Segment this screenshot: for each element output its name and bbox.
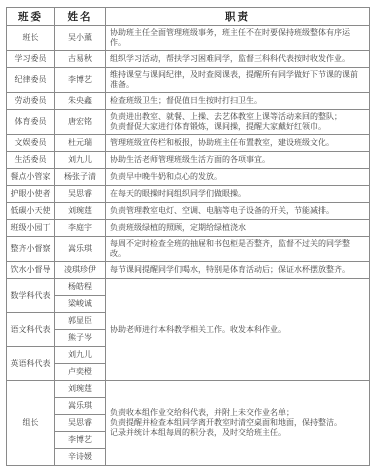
role-cell: 文娱委员 [7, 135, 55, 152]
role-cell: 体育委员 [7, 110, 55, 135]
table-row: 纪律委员李博艺维持课堂与课间纪律，及时查阅课表，提醒所有同学做好下节课的课前准备… [7, 68, 370, 93]
name-cell: 刘琬莛 [55, 203, 106, 220]
table-row: 学习委员古易秋组织学习活动，帮扶学习困难同学，监督三科科代表按时收发作业。 [7, 51, 370, 68]
name-cell: 卢奕橙 [55, 364, 106, 381]
duty-line: 负责管理教室电灯、空调、电脑等电子设备的开关，节能减排。 [110, 206, 365, 216]
role-cell: 语文科代表 [7, 313, 55, 347]
name-cell: 李庭宇 [55, 220, 106, 237]
duty-cell: 负责管理教室电灯、空调、电脑等电子设备的开关，节能减排。 [106, 203, 370, 220]
name-cell: 杜元瑞 [55, 135, 106, 152]
name-cell: 朱央鑫 [55, 93, 106, 110]
role-cell: 数学科代表 [7, 279, 55, 313]
header-cell-role: 班委 [7, 8, 55, 26]
table-row: 饮水小督导凌琪珍伊每节课间提醒同学们喝水，特别是体育活动后；保证水杯摆放整齐。 [7, 262, 370, 279]
role-cell: 饮水小督导 [7, 262, 55, 279]
name-cell: 刘九儿 [55, 152, 106, 169]
name-cell: 古易秋 [55, 51, 106, 68]
name-cell: 凌琪珍伊 [55, 262, 106, 279]
duty-line: 组织学习活动，帮扶学习困难同学，监督三科科代表按时收发作业。 [110, 54, 365, 64]
table-row: 组长刘琬莛负责收本组作业交给科代表，并附上未交作业名单；负责提醒并检查本组同学离… [7, 381, 370, 398]
document-page: 班委 姓名 职责 班长吴小薰协助班主任全面管理班级事务，班主任不在时要保持班级整… [0, 0, 375, 467]
table-row: 班长吴小薰协助班主任全面管理班级事务，班主任不在时要保持班级整体有序运作。 [7, 26, 370, 51]
role-cell: 班级小园丁 [7, 220, 55, 237]
table-row: 餐点小管家杨张子清负责早中晚牛奶和点心的发放。 [7, 169, 370, 186]
duty-cell: 在每天的眼操时间组织同学们做眼操。 [106, 186, 370, 203]
duty-line: 协助老师进行本科教学相关工作。收发本科作业。 [110, 325, 365, 335]
role-cell: 劳动委员 [7, 93, 55, 110]
table-row: 体育委员唐宏铭负责进出教室、就餐、上操、去艺体教室上课等活动来回的整队；负责督促… [7, 110, 370, 135]
duty-table-body: 班长吴小薰协助班主任全面管理班级事务，班主任不在时要保持班级整体有序运作。学习委… [7, 26, 370, 466]
name-cell: 吴小薰 [55, 26, 106, 51]
role-cell: 生活委员 [7, 152, 55, 169]
table-row: 劳动委员朱央鑫检查班级卫生；督促值日生按时打扫卫生。 [7, 93, 370, 110]
name-cell: 吴思睿 [55, 415, 106, 432]
name-cell: 嵩乐琪 [55, 237, 106, 262]
role-cell: 纪律委员 [7, 68, 55, 93]
duty-line: 负责进出教室、就餐、上操、去艺体教室上课等活动来回的整队； [110, 112, 365, 122]
header-row: 班委 姓名 职责 [7, 8, 370, 26]
duty-cell: 负责班级绿植的照顾，定期给绿植浇水 [106, 220, 370, 237]
name-cell: 嵩乐琪 [55, 398, 106, 415]
duty-cell: 负责进出教室、就餐、上操、去艺体教室上课等活动来回的整队；负责督促大家进行体育锻… [106, 110, 370, 135]
duty-cell: 协助班主任全面管理班级事务，班主任不在时要保持班级整体有序运作。 [106, 26, 370, 51]
name-cell: 辛诗媛 [55, 449, 106, 466]
duty-cell: 每周不定时检查全班的抽屉和书包柜是否整齐，监督不过关的同学整改。 [106, 237, 370, 262]
duty-line: 协助生活老师管理班级生活方面的各项事宜。 [110, 155, 365, 165]
name-cell: 熊子岑 [55, 330, 106, 347]
duty-cell: 负责收本组作业交给科代表，并附上未交作业名单；负责提醒并检查本组同学离开教室时清… [106, 381, 370, 466]
table-row: 整齐小督察嵩乐琪每周不定时检查全班的抽屉和书包柜是否整齐，监督不过关的同学整改。 [7, 237, 370, 262]
duty-line: 每周不定时检查全班的抽屉和书包柜是否整齐，监督不过关的同学整改。 [110, 239, 365, 259]
duty-line: 协助班主任全面管理班级事务，班主任不在时要保持班级整体有序运作。 [110, 28, 365, 48]
duty-table-header: 班委 姓名 职责 [7, 8, 370, 26]
header-cell-name: 姓名 [55, 8, 106, 26]
duty-line: 记录并统计本组每周的积分表，及时交给班主任。 [110, 428, 365, 438]
duty-line: 负责收本组作业交给科代表，并附上未交作业名单； [110, 408, 365, 418]
role-cell: 护眼小使者 [7, 186, 55, 203]
name-cell: 刘琬莛 [55, 381, 106, 398]
table-row: 数学科代表杨皓程协助老师进行本科教学相关工作。收发本科作业。 [7, 279, 370, 296]
duty-line: 负责班级绿植的照顾，定期给绿植浇水 [110, 223, 365, 233]
duty-cell: 组织学习活动，帮扶学习困难同学，监督三科科代表按时收发作业。 [106, 51, 370, 68]
duty-cell: 负责早中晚牛奶和点心的发放。 [106, 169, 370, 186]
header-cell-duty: 职责 [106, 8, 370, 26]
name-cell: 郭显臣 [55, 313, 106, 330]
duty-line: 负责早中晚牛奶和点心的发放。 [110, 172, 365, 182]
table-row: 护眼小使者吴思睿在每天的眼操时间组织同学们做眼操。 [7, 186, 370, 203]
duty-line: 负责提醒并检查本组同学离开教室时清空桌面和地面，保持整洁。 [110, 418, 365, 428]
name-cell: 梁峻诚 [55, 296, 106, 313]
table-row: 文娱委员杜元瑞管理班级宣传栏和板报，协助班主任布置教室，建设班级文化。 [7, 135, 370, 152]
duty-cell: 协助老师进行本科教学相关工作。收发本科作业。 [106, 279, 370, 381]
duty-line: 检查班级卫生；督促值日生按时打扫卫生。 [110, 96, 365, 106]
role-cell: 班长 [7, 26, 55, 51]
role-cell: 组长 [7, 381, 55, 466]
duty-line: 负责督促大家进行体育锻炼，课间操，提醒大家戴好红领巾。 [110, 122, 365, 132]
name-cell: 刘九儿 [55, 347, 106, 364]
role-cell: 低碳小天使 [7, 203, 55, 220]
duty-line: 每节课间提醒同学们喝水，特别是体育活动后；保证水杯摆放整齐。 [110, 265, 365, 275]
table-row: 班级小园丁李庭宇负责班级绿植的照顾，定期给绿植浇水 [7, 220, 370, 237]
duty-cell: 维持课堂与课间纪律，及时查阅课表，提醒所有同学做好下节课的课前准备。 [106, 68, 370, 93]
role-cell: 英语科代表 [7, 347, 55, 381]
name-cell: 杨皓程 [55, 279, 106, 296]
name-cell: 李博艺 [55, 432, 106, 449]
role-cell: 餐点小管家 [7, 169, 55, 186]
role-cell: 学习委员 [7, 51, 55, 68]
duty-line: 在每天的眼操时间组织同学们做眼操。 [110, 189, 365, 199]
name-cell: 吴思睿 [55, 186, 106, 203]
duty-cell: 管理班级宣传栏和板报，协助班主任布置教室，建设班级文化。 [106, 135, 370, 152]
name-cell: 唐宏铭 [55, 110, 106, 135]
table-row: 低碳小天使刘琬莛负责管理教室电灯、空调、电脑等电子设备的开关，节能减排。 [7, 203, 370, 220]
duty-cell: 检查班级卫生；督促值日生按时打扫卫生。 [106, 93, 370, 110]
duty-table: 班委 姓名 职责 班长吴小薰协助班主任全面管理班级事务，班主任不在时要保持班级整… [6, 7, 370, 466]
role-cell: 整齐小督察 [7, 237, 55, 262]
table-row: 生活委员刘九儿协助生活老师管理班级生活方面的各项事宜。 [7, 152, 370, 169]
duty-line: 维持课堂与课间纪律，及时查阅课表，提醒所有同学做好下节课的课前准备。 [110, 70, 365, 90]
duty-cell: 协助生活老师管理班级生活方面的各项事宜。 [106, 152, 370, 169]
duty-line: 管理班级宣传栏和板报，协助班主任布置教室，建设班级文化。 [110, 138, 365, 148]
name-cell: 杨张子清 [55, 169, 106, 186]
duty-cell: 每节课间提醒同学们喝水，特别是体育活动后；保证水杯摆放整齐。 [106, 262, 370, 279]
name-cell: 李博艺 [55, 68, 106, 93]
